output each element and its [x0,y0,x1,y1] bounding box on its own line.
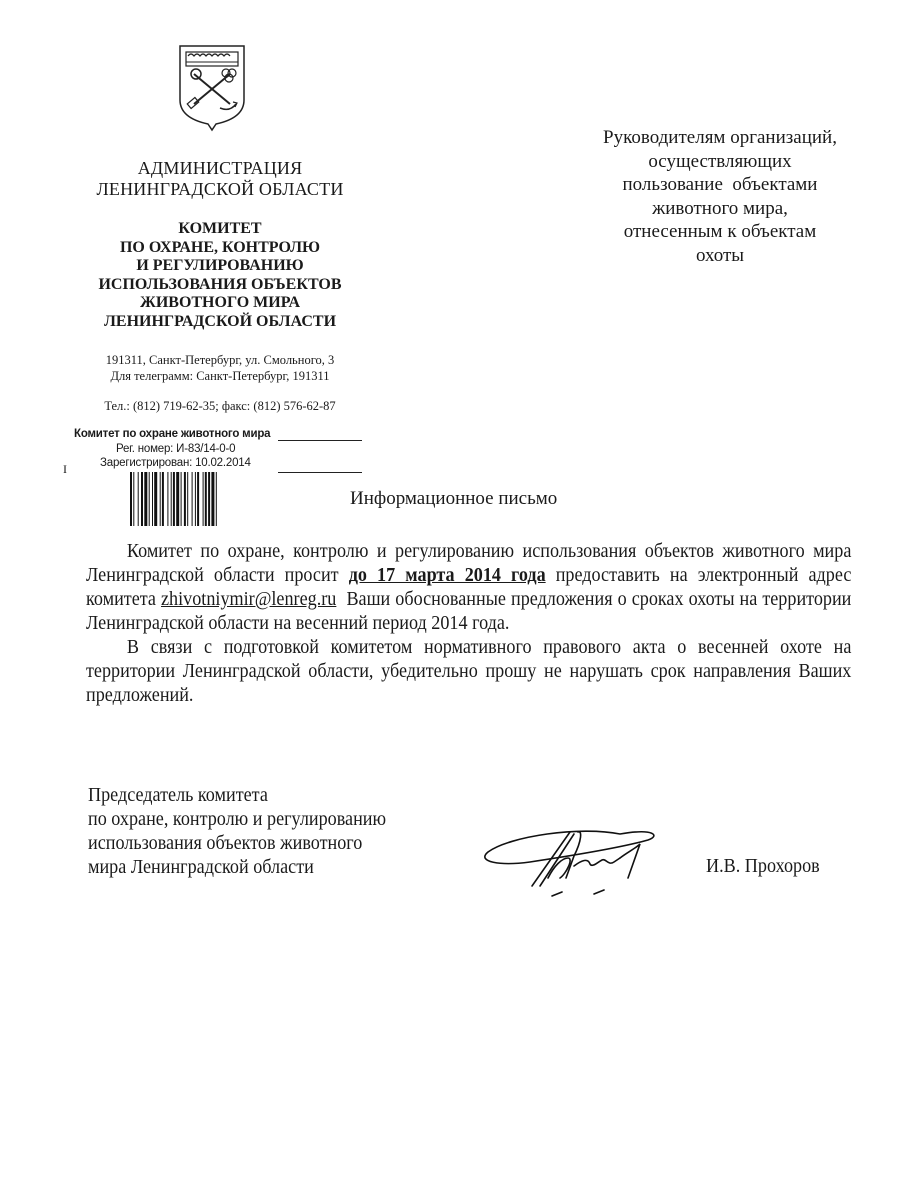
stamp-organization: Комитет по охране животного мира [74,428,277,440]
signatory-title-line: Председатель комитета [88,784,386,808]
registration-stamp: Комитет по охране животного мира Рег. но… [70,428,370,528]
committee-heading: КОМИТЕТ ПО ОХРАНЕ, КОНТРОЛЮ И РЕГУЛИРОВА… [60,220,380,331]
addressee-line: животного мира, [560,197,880,221]
coat-of-arms-icon [176,42,248,132]
committee-line: И РЕГУЛИРОВАНИЮ [60,257,380,276]
addressee-block: Руководителям организаций, осуществляющи… [560,126,880,267]
stamp-reg-number: Рег. номер: И-83/14-0-0 [116,443,235,455]
letterhead-address: 191311, Санкт-Петербург, ул. Смольного, … [60,352,380,384]
address-line: Для телеграмм: Санкт-Петербург, 191311 [60,368,380,384]
addressee-line: Руководителям организаций, [560,126,880,150]
signer-name: И.В. Прохоров [706,856,820,878]
barcode-icon [128,472,278,526]
stamp-line [278,472,362,473]
email-link[interactable]: zhivotniymir@lenreg.ru [161,589,336,610]
letter-body: Комитет по охране, контролю и регулирова… [86,540,851,708]
deadline-date: до 17 марта 2014 года [349,565,546,586]
address-line: 191311, Санкт-Петербург, ул. Смольного, … [60,352,380,368]
margin-mark: I [63,462,67,477]
addressee-line: отнесенным к объектам [560,220,880,244]
signatory-title-line: мира Ленинградской области [88,856,386,880]
letter-type-heading: Информационное письмо [350,488,557,510]
committee-line: ПО ОХРАНЕ, КОНТРОЛЮ [60,239,380,258]
letterhead-phone: Тел.: (812) 719-62-35; факс: (812) 576-6… [60,398,380,414]
body-paragraph-2: В связи с подготовкой комитетом норматив… [86,636,851,708]
administration-line: ЛЕНИНГРАДСКОЙ ОБЛАСТИ [60,179,380,200]
committee-line: ЖИВОТНОГО МИРА [60,294,380,313]
signatory-title-line: по охране, контролю и регулированию [88,808,386,832]
committee-line: ЛЕНИНГРАДСКОЙ ОБЛАСТИ [60,313,380,332]
signatory-title: Председатель комитета по охране, контрол… [88,784,386,880]
committee-line: КОМИТЕТ [60,220,380,239]
committee-line: ИСПОЛЬЗОВАНИЯ ОБЪЕКТОВ [60,276,380,295]
stamp-registered-date: Зарегистрирован: 10.02.2014 [100,457,251,469]
stamp-line [278,440,362,441]
addressee-line: пользование объектами [560,173,880,197]
addressee-line: охоты [560,244,880,268]
handwritten-signature-icon [470,808,670,908]
signatory-title-line: использования объектов животного [88,832,386,856]
body-paragraph-1: Комитет по охране, контролю и регулирова… [86,540,851,636]
addressee-line: осуществляющих [560,150,880,174]
administration-line: АДМИНИСТРАЦИЯ [60,158,380,179]
administration-heading: АДМИНИСТРАЦИЯ ЛЕНИНГРАДСКОЙ ОБЛАСТИ [60,158,380,200]
